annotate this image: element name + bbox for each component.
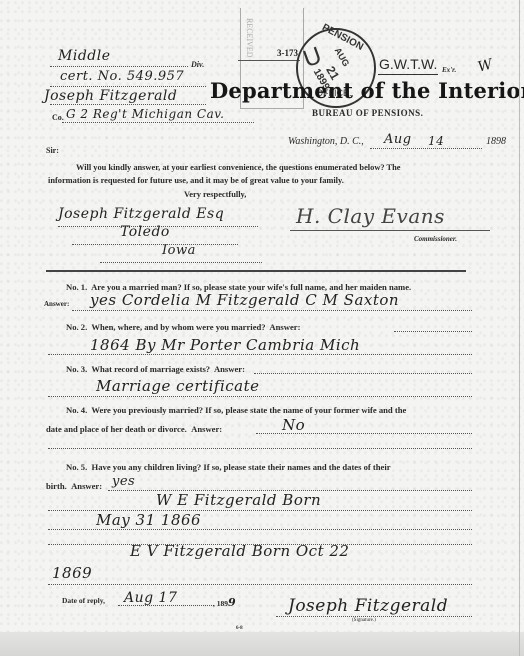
signature-label: (Signature.): [352, 618, 376, 623]
commissioner-signature: H. Clay Evans: [296, 204, 445, 228]
certificate-number: cert. No. 549.957: [60, 69, 184, 84]
question-5-answer-line-5: [48, 584, 472, 585]
question-3-answer-line-a: [254, 373, 472, 374]
company-label: Co.: [52, 113, 64, 122]
company-value: G 2 Reg't Michigan Cav.: [66, 107, 224, 121]
examiner-line: [378, 74, 438, 75]
question-5-answer-2: W E Fitzgerald Born: [156, 491, 321, 509]
commissioner-label: Commissioner.: [414, 235, 457, 243]
print-code: 6-8: [236, 626, 243, 631]
reply-year: , 1899: [213, 596, 236, 609]
company-line: [62, 122, 254, 123]
addressee-state: Iowa: [162, 243, 196, 258]
question-5-answer-3: May 31 1866: [96, 511, 201, 529]
closing: Very respectfully,: [184, 190, 246, 199]
received-faint-text: RECEIVED: [245, 18, 254, 58]
question-3-answer: Marriage certificate: [96, 377, 260, 395]
date-day: 14: [428, 134, 444, 148]
pension-questionnaire-document: 3-173. RECEIVED PENSION U AUG 21 1899 OF…: [0, 0, 524, 656]
question-4-answer-line-b: [48, 448, 472, 449]
date-year: 1898: [486, 136, 506, 147]
question-2-answer-line-b: [48, 354, 472, 355]
salutation: Sir:: [46, 146, 59, 155]
commissioner-line: [290, 230, 490, 231]
question-1-answer: yes Cordelia M Fitzgerald C M Saxton: [90, 291, 399, 309]
examiner-initials: G.W.T.W.: [379, 56, 437, 72]
letter-body-line-2: information is requested for future use,…: [48, 176, 344, 185]
page-title: Department of the Interior,: [210, 78, 524, 103]
question-2-answer: 1864 By Mr Porter Cambria Mich: [90, 336, 360, 354]
reply-date-label: Date of reply,: [62, 596, 105, 605]
applicant-signature: Joseph Fitzgerald: [288, 596, 448, 616]
division-value: Middle: [58, 48, 111, 64]
question-5: No. 5. Have you any children living? If …: [66, 462, 391, 472]
certificate-line: [50, 86, 206, 87]
question-4-continued: date and place of her death or divorce. …: [46, 424, 222, 434]
question-1-answer-label: Answer:: [44, 300, 69, 308]
form-number-rule: [238, 60, 300, 61]
scan-bottom-shadow: [0, 632, 524, 656]
question-3: No. 3. What record of marriage exists? A…: [66, 364, 245, 374]
addressee-city-line: [72, 244, 238, 245]
question-5-answer-5: 1869: [52, 564, 92, 582]
question-5-answer-line-3: [48, 529, 472, 530]
division-label: Div.: [191, 60, 204, 69]
question-1-answer-line: [72, 310, 472, 311]
question-3-answer-line-b: [48, 396, 472, 397]
examiner-label: Ex'r.: [442, 66, 456, 74]
letter-body-line-1: Will you kindly answer, at your earliest…: [76, 163, 400, 172]
division-line: [50, 66, 188, 67]
question-5-continued: birth. Answer:: [46, 481, 102, 491]
reply-date: Aug 17: [124, 590, 177, 606]
question-5-answer-1: yes: [112, 474, 135, 489]
date-line: [370, 148, 482, 149]
question-4: No. 4. Were you previously married? If s…: [66, 405, 406, 415]
addressee-city: Toledo: [120, 224, 170, 240]
signature-line: [276, 616, 472, 617]
addressee-name: Joseph Fitzgerald Esq: [58, 206, 224, 222]
question-2: No. 2. When, where, and by whom were you…: [66, 322, 300, 332]
soldier-name: Joseph Fitzgerald: [44, 88, 177, 104]
place-label: Washington, D. C.,: [288, 136, 364, 147]
question-2-answer-line-a: [394, 331, 472, 332]
scan-right-edge: [519, 0, 520, 656]
initial-mark: W: [476, 56, 495, 75]
addressee-state-line: [100, 262, 262, 263]
soldier-name-line: [50, 104, 206, 105]
section-divider: [46, 270, 466, 272]
question-5-answer-4: E V Fitzgerald Born Oct 22: [130, 542, 349, 560]
bureau-subtitle: BUREAU OF PENSIONS.: [312, 108, 423, 118]
question-4-answer: No: [282, 416, 305, 434]
date-month: Aug: [384, 132, 412, 147]
